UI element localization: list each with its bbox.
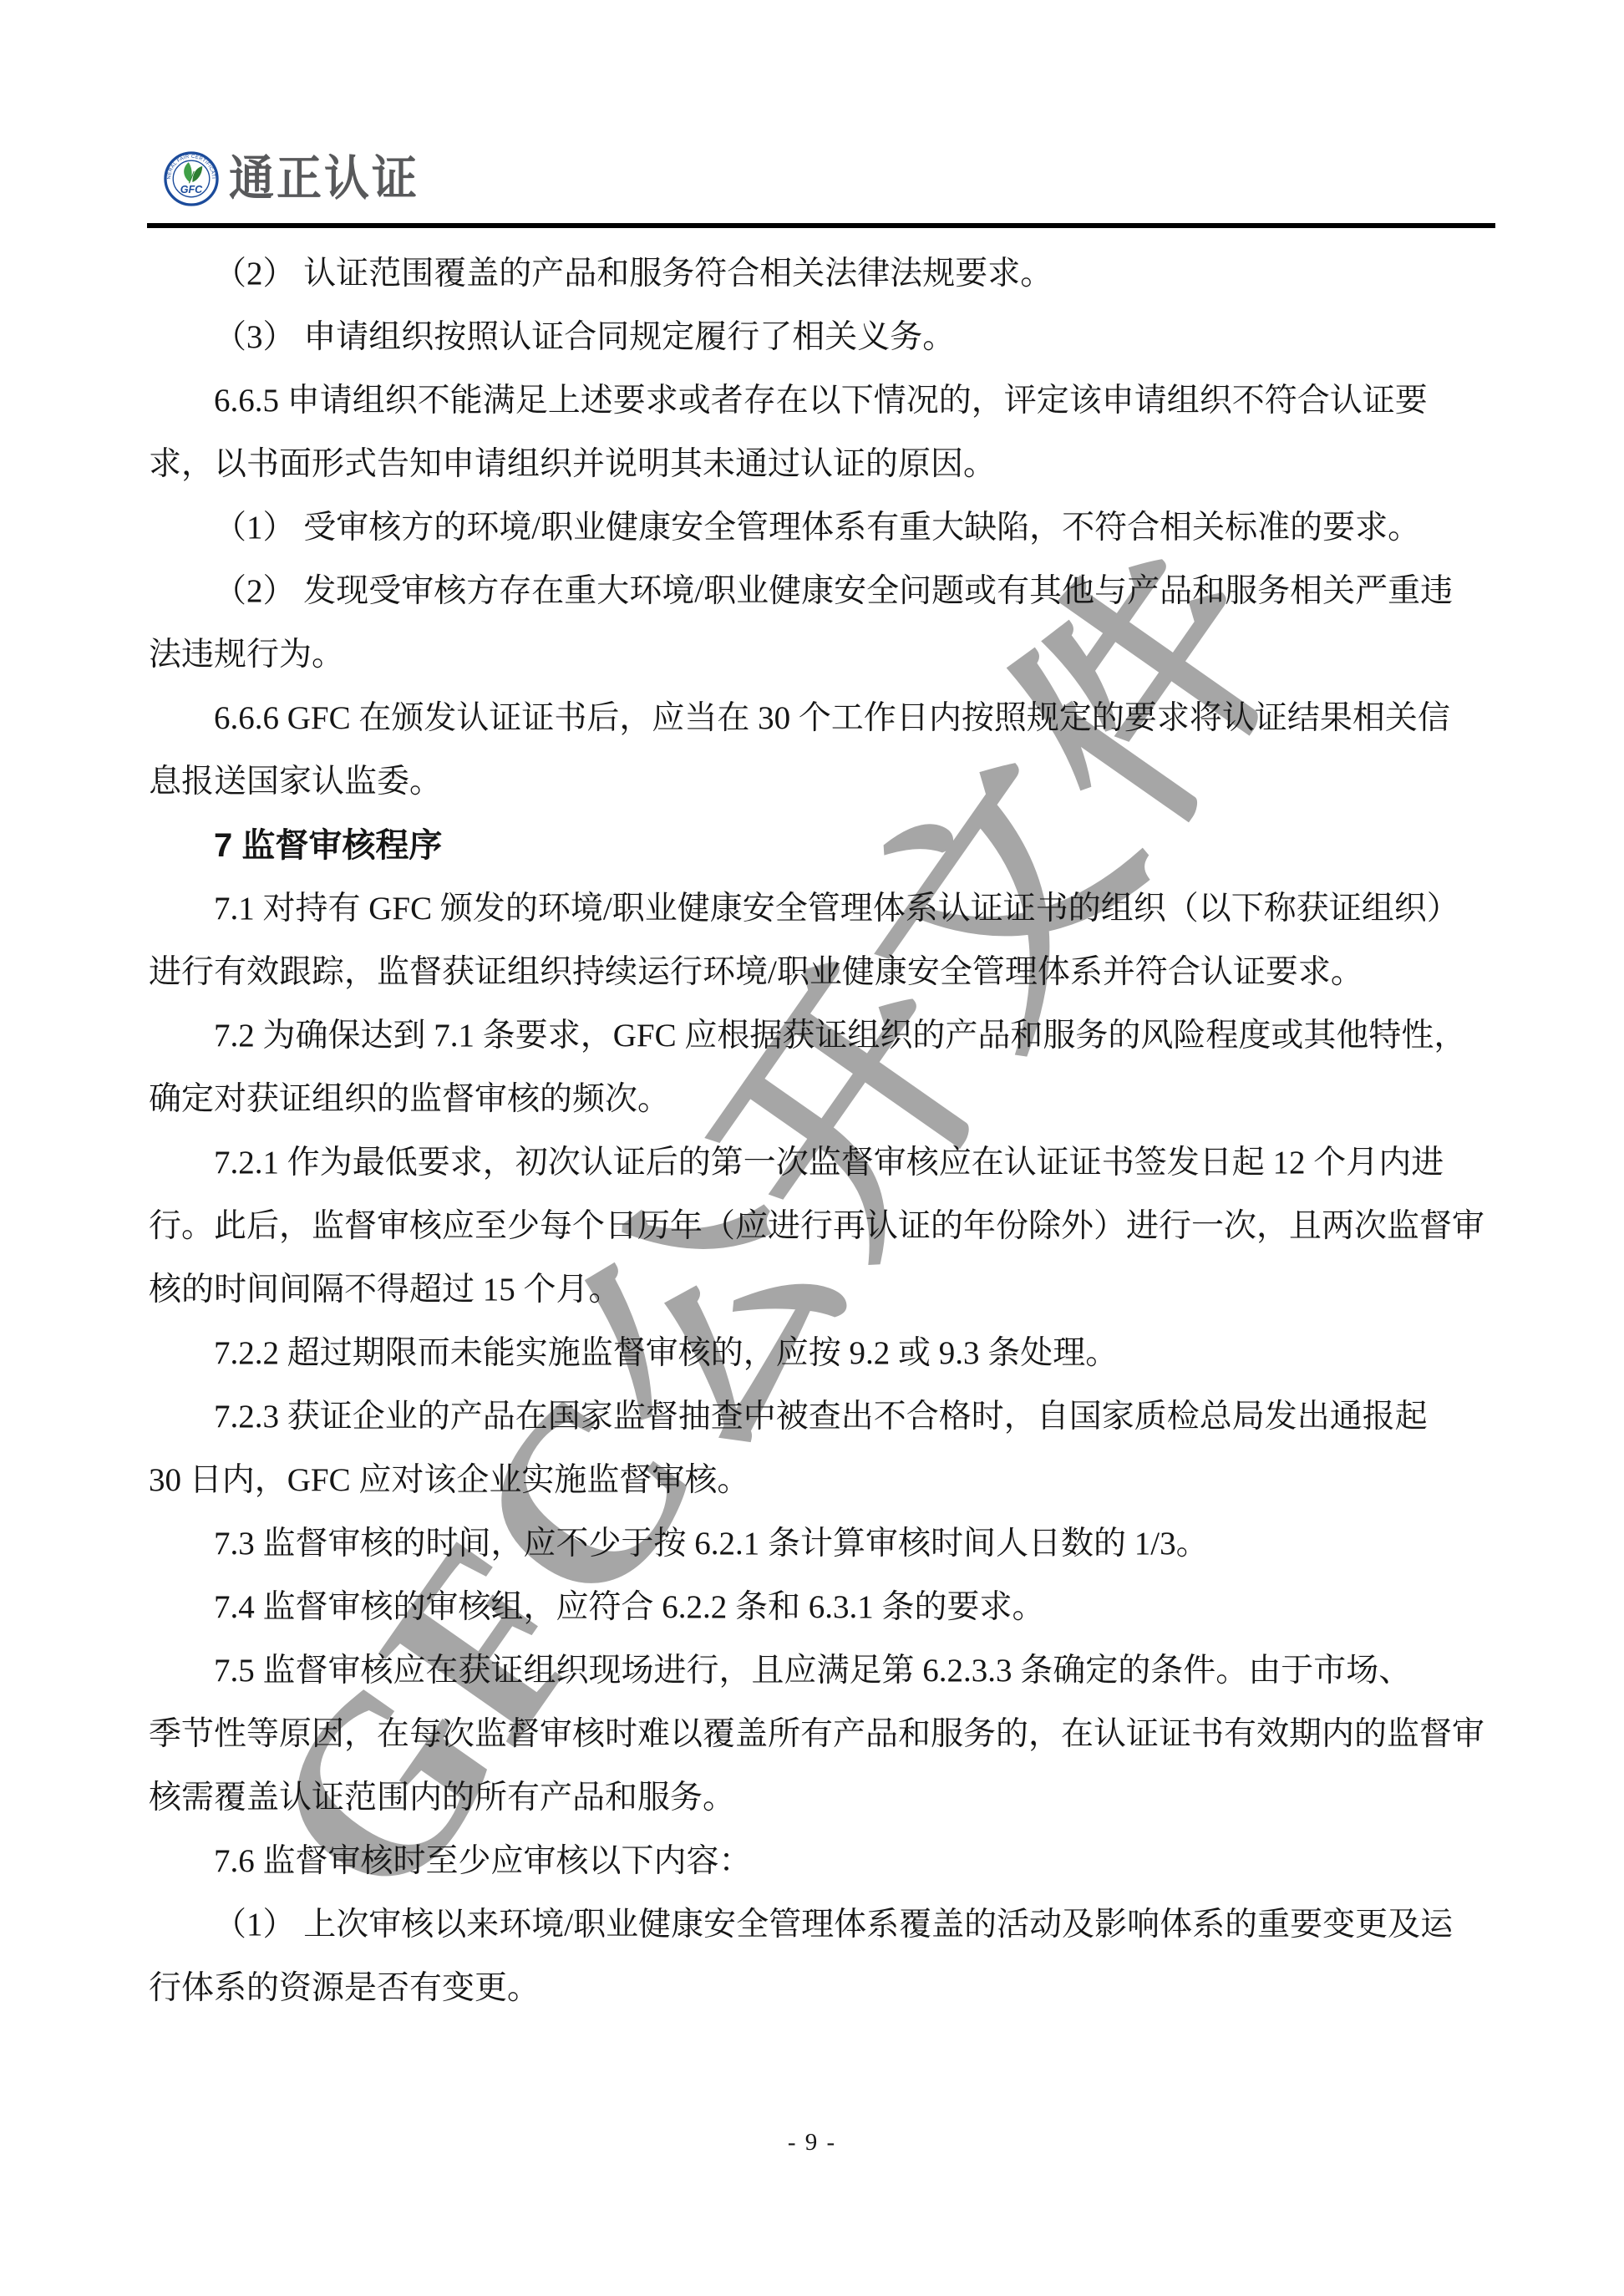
text-line: 6.6.5 申请组织不能满足上述要求或者存在以下情况的，评定该申请组织不符合认证… xyxy=(149,369,1497,433)
text-line: （1） 上次审核以来环境/职业健康安全管理体系覆盖的活动及影响体系的重要变更及运 xyxy=(149,1893,1497,1957)
section-heading: 7 监督审核程序 xyxy=(149,814,1497,877)
header-divider xyxy=(147,223,1495,228)
text-line: 30 日内，GFC 应对该企业实施监督审核。 xyxy=(149,1449,1497,1512)
text-line: 行体系的资源是否有变更。 xyxy=(149,1957,1497,2020)
text-line: 息报送国家认监委。 xyxy=(149,750,1497,814)
text-line: 求，以书面形式告知申请组织并说明其未通过认证的原因。 xyxy=(149,433,1497,496)
text-line: 6.6.6 GFC 在颁发认证证书后，应当在 30 个工作日内按照规定的要求将认… xyxy=(149,687,1497,750)
text-line: 核的时间间隔不得超过 15 个月。 xyxy=(149,1258,1497,1322)
company-logo: GENERAL FAIR CERTIFICATION GFC 通正认证 xyxy=(164,137,419,221)
document-page: GFC公开文件 GENERAL FAIR CERTIFICATION GFC 通… xyxy=(0,0,1624,2296)
text-line: 7.1 对持有 GFC 颁发的环境/职业健康安全管理体系认证证书的组织（以下称获… xyxy=(149,877,1497,941)
text-line: 7.2.3 获证企业的产品在国家监督抽查中被查出不合格时，自国家质检总局发出通报… xyxy=(149,1385,1497,1449)
document-body: （2） 认证范围覆盖的产品和服务符合相关法律法规要求。（3） 申请组织按照认证合… xyxy=(149,242,1497,2020)
page-number: - 9 - xyxy=(788,2129,836,2156)
text-line: 法违规行为。 xyxy=(149,623,1497,687)
text-line: 进行有效跟踪，监督获证组织持续运行环境/职业健康安全管理体系并符合认证要求。 xyxy=(149,941,1497,1004)
text-line: 行。此后，监督审核应至少每个日历年（应进行再认证的年份除外）进行一次，且两次监督… xyxy=(149,1195,1497,1258)
brand-name: 通正认证 xyxy=(229,155,419,202)
text-line: 7.5 监督审核应在获证组织现场进行，且应满足第 6.2.3.3 条确定的条件。… xyxy=(149,1639,1497,1703)
badge-abbr-text: GFC xyxy=(180,184,203,196)
text-line: （3） 申请组织按照认证合同规定履行了相关义务。 xyxy=(149,306,1497,369)
text-line: 7.6 监督审核时至少应审核以下内容： xyxy=(149,1830,1497,1893)
text-line: 季节性等原因，在每次监督审核时难以覆盖所有产品和服务的，在认证证书有效期内的监督… xyxy=(149,1703,1497,1766)
text-line: （2） 发现受审核方存在重大环境/职业健康安全问题或有其他与产品和服务相关严重违 xyxy=(149,560,1497,623)
text-line: 7.4 监督审核的审核组，应符合 6.2.2 条和 6.3.1 条的要求。 xyxy=(149,1576,1497,1639)
text-line: （1） 受审核方的环境/职业健康安全管理体系有重大缺陷，不符合相关标准的要求。 xyxy=(149,496,1497,560)
text-line: （2） 认证范围覆盖的产品和服务符合相关法律法规要求。 xyxy=(149,242,1497,306)
text-line: 7.2.2 超过期限而未能实施监督审核的，应按 9.2 或 9.3 条处理。 xyxy=(149,1322,1497,1385)
text-line: 7.2.1 作为最低要求，初次认证后的第一次监督审核应在认证证书签发日起 12 … xyxy=(149,1131,1497,1195)
gfc-badge-icon: GENERAL FAIR CERTIFICATION GFC xyxy=(164,151,219,206)
text-line: 7.3 监督审核的时间，应不少于按 6.2.1 条计算审核时间人日数的 1/3。 xyxy=(149,1512,1497,1576)
text-line: 核需覆盖认证范围内的所有产品和服务。 xyxy=(149,1766,1497,1830)
page-footer: - 9 - xyxy=(0,2129,1624,2156)
text-line: 确定对获证组织的监督审核的频次。 xyxy=(149,1068,1497,1131)
text-line: 7.2 为确保达到 7.1 条要求，GFC 应根据获证组织的产品和服务的风险程度… xyxy=(149,1004,1497,1068)
